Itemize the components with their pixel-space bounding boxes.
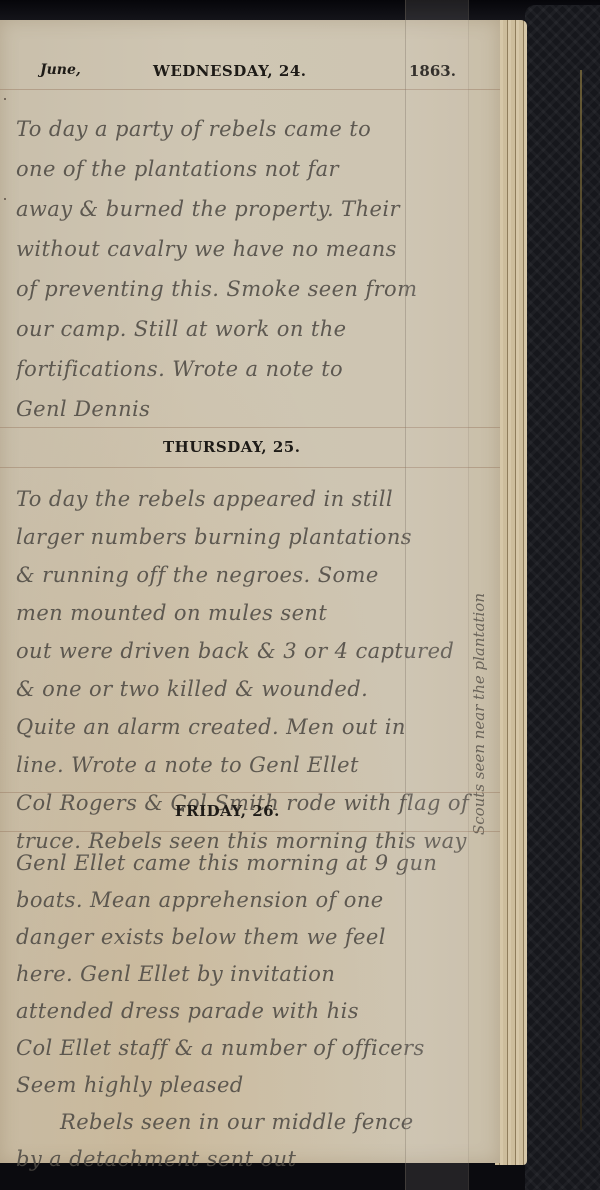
day-heading-friday: FRIDAY, 26. (175, 802, 600, 820)
header-year: 1863. (409, 62, 456, 80)
entry-line: Col Ellet staff & a number of officers (16, 1030, 486, 1067)
entry-line: without cavalry we have no means (16, 229, 486, 269)
entry-line: Seem highly pleased (16, 1067, 486, 1104)
entry-line: line. Wrote a note to Genl Ellet (16, 746, 486, 784)
book-cover-spine (525, 5, 600, 1190)
entry-line: by a detachment sent out (16, 1141, 486, 1178)
entry-line: Genl Ellet came this morning at 9 gun (16, 845, 486, 882)
rule-line (0, 89, 500, 90)
entry-line: men mounted on mules sent (16, 594, 486, 632)
margin-note: Scouts seen near the plantation (470, 455, 488, 835)
entry-wednesday: To day a party of rebels came to one of … (16, 109, 486, 429)
cover-gilt-edge (580, 70, 582, 1130)
book-cover-top (0, 0, 600, 22)
entry-line: fortifications. Wrote a note to (16, 349, 486, 389)
rule-line (0, 467, 500, 468)
entry-line: Genl Dennis (16, 389, 486, 429)
entry-line: away & burned the property. Their (16, 189, 486, 229)
day-heading-thursday: THURSDAY, 25. (163, 438, 600, 456)
entry-line: here. Genl Ellet by invitation (16, 956, 486, 993)
entry-line: boats. Mean apprehension of one (16, 882, 486, 919)
entry-line: & running off the negroes. Some (16, 556, 486, 594)
entry-line: danger exists below them we feel (16, 919, 486, 956)
entry-line: attended dress parade with his (16, 993, 486, 1030)
header-day: WEDNESDAY, 24. (153, 62, 306, 80)
diary-page: June, WEDNESDAY, 24. 1863. To day a part… (0, 20, 500, 1163)
rule-line (0, 427, 500, 428)
entry-line: larger numbers burning plantations (16, 518, 486, 556)
entry-line: To day a party of rebels came to (16, 109, 486, 149)
paper-speck (4, 98, 6, 100)
header-month: June, (40, 62, 81, 78)
entry-line: of preventing this. Smoke seen from (16, 269, 486, 309)
entry-line: our camp. Still at work on the (16, 309, 486, 349)
entry-line: out were driven back & 3 or 4 captured (16, 632, 486, 670)
entry-line: Quite an alarm created. Men out in (16, 708, 486, 746)
rule-line (0, 831, 500, 832)
entry-line: To day the rebels appeared in still (16, 480, 486, 518)
diary-scan: June, WEDNESDAY, 24. 1863. To day a part… (0, 0, 600, 1190)
entry-line: Rebels seen in our middle fence (16, 1104, 486, 1141)
paper-speck (4, 198, 6, 200)
rule-line (0, 792, 500, 793)
entry-friday: Genl Ellet came this morning at 9 gun bo… (16, 845, 486, 1178)
entry-line: one of the plantations not far (16, 149, 486, 189)
entry-line: & one or two killed & wounded. (16, 670, 486, 708)
